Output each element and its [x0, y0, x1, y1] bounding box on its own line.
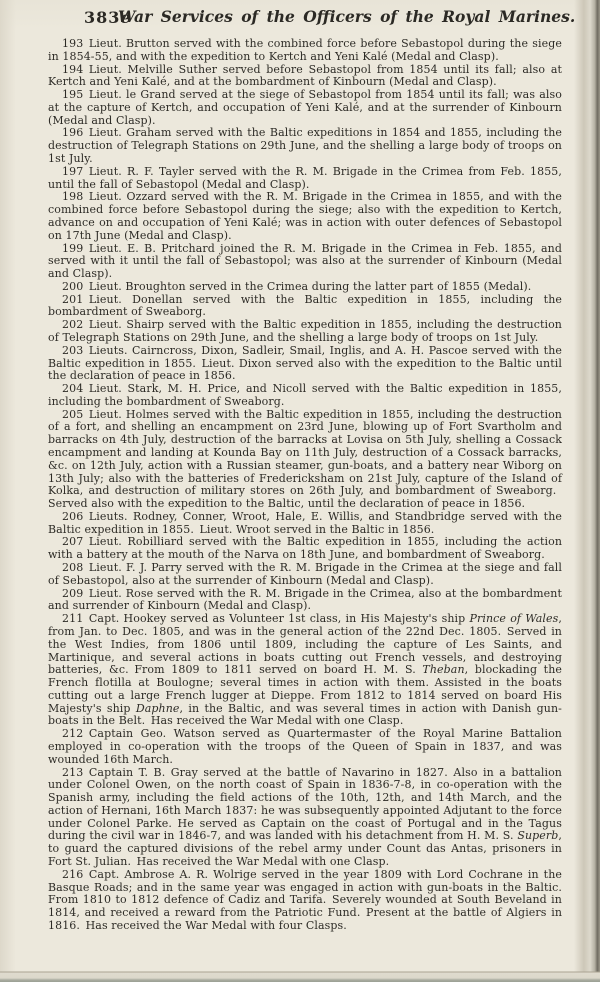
service-record-212: 212 Captain Geo. Watson served as Quarte… — [48, 728, 562, 766]
record-number: 195 — [62, 88, 89, 101]
record-text: Lieut. Melville Suther served before Seb… — [48, 63, 562, 89]
page-right-edge-shadow — [574, 0, 600, 982]
ship-name: Theban — [422, 663, 464, 676]
record-text: Lieut. le Grand served at the siege of S… — [48, 88, 562, 127]
service-record-197: 197 Lieut. R. F. Tayler served with the … — [48, 166, 562, 192]
service-record-204: 204 Lieut. Stark, M. H. Price, and Nicol… — [48, 383, 562, 409]
service-record-209: 209 Lieut. Rose served with the R. M. Br… — [48, 588, 562, 614]
service-record-216: 216 Capt. Ambrose A. R. Wolrige served i… — [48, 869, 562, 933]
record-text: Lieut. Robilliard served with the Baltic… — [48, 535, 562, 561]
record-number: 212 — [62, 727, 89, 740]
service-records-list: 193 Lieut. Brutton served with the combi… — [48, 38, 562, 933]
service-record-208: 208 Lieut. F. J. Parry served with the R… — [48, 562, 562, 588]
record-number: 193 — [62, 37, 89, 50]
record-text: Lieut. Brutton served with the combined … — [48, 37, 562, 63]
record-text: Lieut. Ozzard served with the R. M. Brig… — [48, 190, 562, 241]
record-text: Lieut. Shairp served with the Baltic exp… — [48, 318, 562, 344]
page-number-main: 383 — [84, 8, 120, 27]
page-bottom-edge-shadow — [0, 971, 600, 982]
record-text: Lieut. Donellan served with the Baltic e… — [48, 293, 562, 319]
ship-name: Daphne — [136, 702, 180, 715]
record-text: Lieut. Rose served with the R. M. Brigad… — [48, 587, 562, 613]
service-record-199: 199 Lieut. E. B. Pritchard joined the R.… — [48, 243, 562, 281]
record-text: Lieuts. Rodney, Conner, Wroot, Hale, E. … — [48, 510, 562, 536]
record-number: 208 — [62, 561, 89, 574]
ship-name: Superb — [517, 829, 558, 842]
record-text: Capt. Hookey served as Volunteer 1st cla… — [89, 612, 470, 625]
record-number: 213 — [62, 766, 89, 779]
record-text: Captain Geo. Watson served as Quartermas… — [48, 727, 562, 766]
record-number: 207 — [62, 535, 89, 548]
record-number: 204 — [62, 382, 89, 395]
page-title: War Services of the Officers of the Roya… — [118, 7, 562, 26]
record-number: 202 — [62, 318, 89, 331]
service-record-198: 198 Lieut. Ozzard served with the R. M. … — [48, 191, 562, 242]
record-text: Lieut. E. B. Pritchard joined the R. M. … — [48, 242, 562, 281]
record-number: 211 — [62, 612, 89, 625]
record-number: 216 — [62, 868, 89, 881]
record-text: Lieut. Broughton served in the Crimea du… — [89, 280, 531, 293]
service-record-205: 205 Lieut. Holmes served with the Baltic… — [48, 409, 562, 511]
service-record-201: 201 Lieut. Donellan served with the Balt… — [48, 294, 562, 320]
record-text: Lieut. F. J. Parry served with the R. M.… — [48, 561, 562, 587]
record-number: 196 — [62, 126, 89, 139]
service-record-196: 196 Lieut. Graham served with the Baltic… — [48, 127, 562, 165]
service-record-211: 211 Capt. Hookey served as Volunteer 1st… — [48, 613, 562, 728]
service-record-213: 213 Captain T. B. Gray served at the bat… — [48, 767, 562, 869]
record-text: Lieut. R. F. Tayler served with the R. M… — [48, 165, 562, 191]
record-text: Captain T. B. Gray served at the battle … — [48, 766, 562, 843]
service-record-207: 207 Lieut. Robilliard served with the Ba… — [48, 536, 562, 562]
record-text: Lieut. Holmes served with the Baltic exp… — [48, 408, 562, 510]
record-text: Lieut. Graham served with the Baltic exp… — [48, 126, 562, 165]
page-content: 383e War Services of the Officers of the… — [48, 6, 562, 933]
record-number: 197 — [62, 165, 89, 178]
record-number: 199 — [62, 242, 89, 255]
record-number: 206 — [62, 510, 89, 523]
record-number: 200 — [62, 280, 89, 293]
record-number: 201 — [62, 293, 89, 306]
ship-name: Prince of Wales — [469, 612, 558, 625]
record-number: 194 — [62, 63, 89, 76]
scanned-book-page: 383e War Services of the Officers of the… — [0, 0, 600, 982]
record-number: 203 — [62, 344, 89, 357]
record-number: 205 — [62, 408, 89, 421]
service-record-202: 202 Lieut. Shairp served with the Baltic… — [48, 319, 562, 345]
service-record-193: 193 Lieut. Brutton served with the combi… — [48, 38, 562, 64]
record-text: Capt. Ambrose A. R. Wolrige served in th… — [48, 868, 562, 932]
service-record-194: 194 Lieut. Melville Suther served before… — [48, 64, 562, 90]
record-text: Lieut. Stark, M. H. Price, and Nicoll se… — [48, 382, 562, 408]
record-text: Lieuts. Cairncross, Dixon, Sadleir, Smai… — [48, 344, 562, 383]
page-header: 383e War Services of the Officers of the… — [48, 6, 562, 32]
service-record-203: 203 Lieuts. Cairncross, Dixon, Sadleir, … — [48, 345, 562, 383]
record-number: 209 — [62, 587, 89, 600]
service-record-206: 206 Lieuts. Rodney, Conner, Wroot, Hale,… — [48, 511, 562, 537]
service-record-195: 195 Lieut. le Grand served at the siege … — [48, 89, 562, 127]
record-number: 198 — [62, 190, 89, 203]
